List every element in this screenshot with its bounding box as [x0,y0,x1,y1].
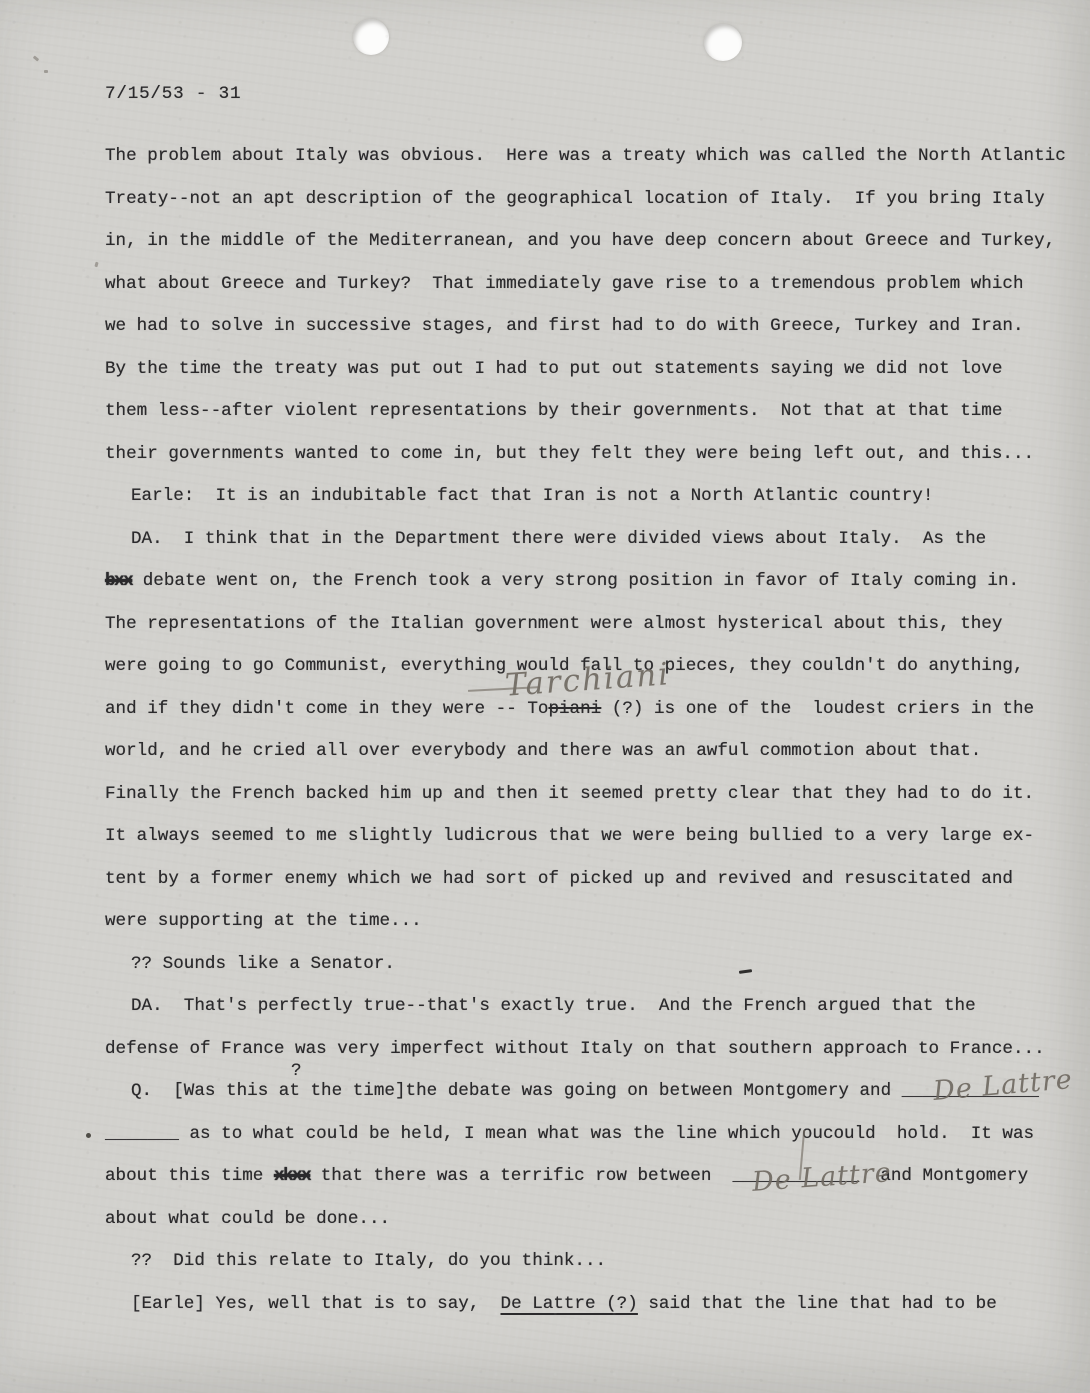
transcript-line: Q. [Was this at the time]the debate was … [105,1070,1078,1113]
text-segment: DA. I think that in the Department there… [131,529,986,549]
margin-dot-mark [86,1133,91,1138]
transcript-line: [Earle] Yes, well that is to say, De Lat… [105,1283,1078,1326]
transcript-line: what about Greece and Turkey? That immed… [105,263,1078,306]
text-segment: world, and he cried all over everybody a… [105,741,981,761]
pencil-speck [44,70,48,73]
text-segment: and Montgomery [859,1166,1028,1186]
transcript-line: DA. That's perfectly true--that's exactl… [105,985,1078,1028]
transcript-line: world, and he cried all over everybody a… [105,730,1078,773]
text-segment-underline: De Lattre (?) [501,1294,638,1314]
text-segment: DA. That's perfectly true--that's exactl… [131,996,976,1016]
text-segment: The problem about Italy was obvious. Her… [105,146,1066,166]
text-segment: (?) is one of the loudest criers in the [601,699,1034,719]
transcript-line: DA. I think that in the Department there… [105,518,1078,561]
transcript-body: The problem about Italy was obvious. Her… [105,135,1078,1325]
transcript-line: about what could be done... [105,1198,1078,1241]
transcript-line: ?? Did this relate to Italy, do you thin… [105,1240,1078,1283]
text-segment: as to what could be held, I mean what wa… [179,1124,1034,1144]
text-segment: ?? Did this relate to Italy, do you thin… [131,1251,606,1271]
text-segment: It always seemed to me slightly ludicrou… [105,826,1034,846]
transcript-line: in, in the middle of the Mediterranean, … [105,220,1078,263]
text-segment: about this time [105,1166,274,1186]
transcript-line: _______ as to what could be held, I mean… [105,1113,1078,1156]
transcript-line: were going to go Communist, everything w… [105,645,1078,688]
text-segment: about what could be done... [105,1209,390,1229]
pencil-speck [94,262,98,268]
text-segment: defense of France was very imperfect wit… [105,1039,1045,1059]
text-segment: in, in the middle of the Mediterranean, … [105,231,1055,251]
transcript-line: tent by a former enemy which we had sort… [105,858,1078,901]
inserted-typed-question-mark: ? [291,1063,302,1081]
text-segment: Finally the French backed him up and the… [105,784,1034,804]
text-segment: and if they didn't come in they were -- … [105,699,548,719]
text-segment: Earle: It is an indubitable fact that Ir… [131,486,933,506]
text-segment: their governments wanted to come in, but… [105,444,1034,464]
transcript-line: were supporting at the time... [105,900,1078,943]
text-segment: The representations of the Italian gover… [105,614,1002,634]
transcript-line: Treaty--not an apt description of the ge… [105,178,1078,221]
text-segment: said that the line that had to be [638,1294,997,1314]
transcript-line: It always seemed to me slightly ludicrou… [105,815,1078,858]
transcript-line: By the time the treaty was put out I had… [105,348,1078,391]
punch-hole-right-icon [704,24,742,61]
text-segment-strike: piani [548,699,601,719]
text-segment-strike-bold: bxx [105,571,132,591]
text-segment: what about Greece and Turkey? That immed… [105,274,1024,294]
transcript-line: Finally the French backed him up and the… [105,773,1078,816]
text-segment: we had to solve in successive stages, an… [105,316,1024,336]
transcript-line: The representations of the Italian gover… [105,603,1078,646]
punch-hole-left-icon [353,19,389,55]
page-header-date-number: 7/15/53 - 31 [105,84,241,104]
transcript-line: their governments wanted to come in, but… [105,433,1078,476]
transcript-line: ?? Sounds like a Senator. [105,943,1078,986]
text-segment: them less--after violent representations… [105,401,1002,421]
transcript-line: defense of France was very imperfect wit… [105,1028,1078,1071]
text-segment-strike-bold: xkxx [274,1166,310,1186]
transcript-line: about this time xkxx that there was a te… [105,1155,1078,1198]
text-segment: tent by a former enemy which we had sort… [105,869,1013,889]
text-segment: By the time the treaty was put out I had… [105,359,1002,379]
text-segment: Q. [Was this at the time]the debate was … [131,1081,902,1101]
text-segment-blank: _____________ [902,1081,1039,1101]
text-segment: [Earle] Yes, well that is to say, [131,1294,501,1314]
text-segment-blank: ____________ [733,1166,860,1186]
transcript-line: we had to solve in successive stages, an… [105,305,1078,348]
text-segment: that there was a terrific row between [310,1166,732,1186]
scanned-transcript-page: 7/15/53 - 31 The problem about Italy was… [0,0,1090,1393]
text-segment: were supporting at the time... [105,911,422,931]
transcript-line: Earle: It is an indubitable fact that Ir… [105,475,1078,518]
text-segment: Treaty--not an apt description of the ge… [105,189,1045,209]
transcript-line: them less--after violent representations… [105,390,1078,433]
transcript-line: and if they didn't come in they were -- … [105,688,1078,731]
transcript-line: bxx debate went on, the French took a ve… [105,560,1078,603]
text-segment: were going to go Communist, everything w… [105,656,1024,676]
transcript-line: The problem about Italy was obvious. Her… [105,135,1078,178]
pencil-speck [33,55,40,61]
text-segment: ?? Sounds like a Senator. [131,954,395,974]
text-segment-blank: _______ [105,1124,179,1144]
text-segment: debate went on, the French took a very s… [132,571,1019,591]
